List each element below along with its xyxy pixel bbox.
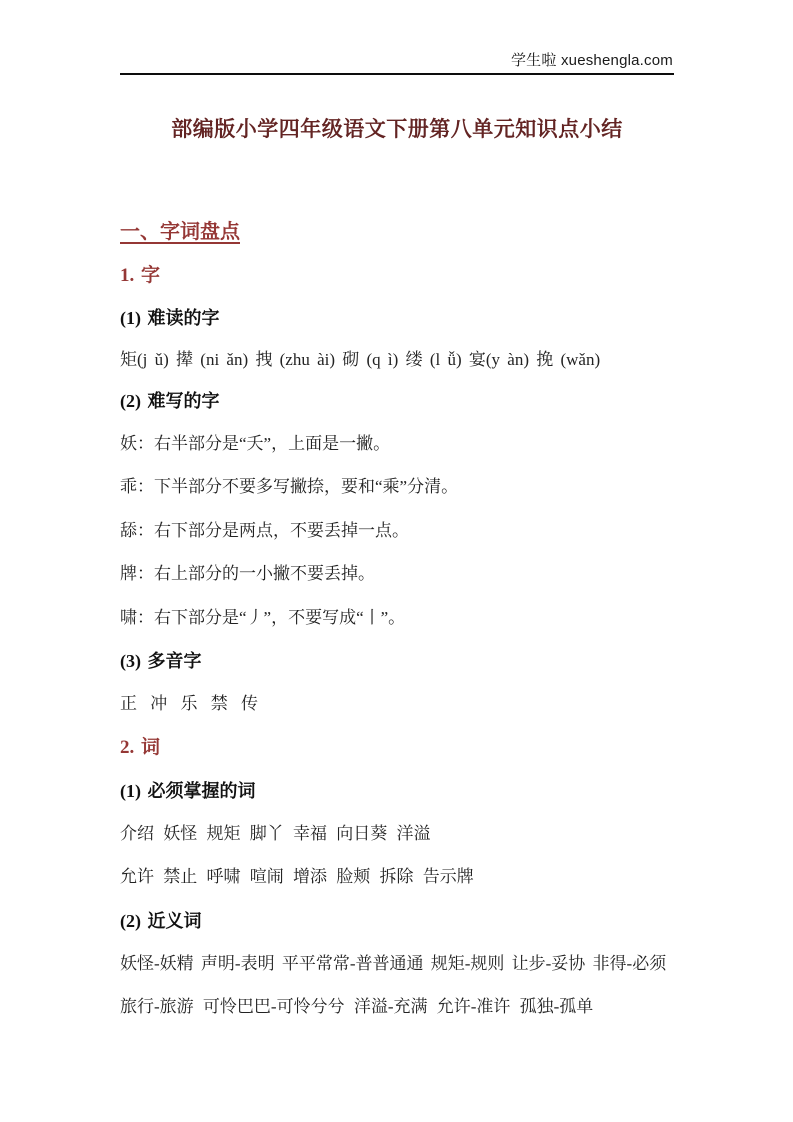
synonym-list-2: 旅行-旅游 可怜巴巴-可怜兮兮 洋溢-充满 允许-准许 孤独-孤单: [120, 996, 678, 1018]
note-guai: 乖：下半部分不要多写撇捺，要和“乘”分清。: [120, 476, 678, 498]
note-tian: 舔：右下部分是两点，不要丢掉一点。: [120, 520, 678, 542]
subheading-polyphones: (3) 多音字: [120, 650, 678, 672]
polyphone-list: 正 冲 乐 禁 传: [120, 693, 678, 715]
header-rule: [120, 73, 674, 75]
subheading-must-master-words: (1) 必须掌握的词: [120, 780, 678, 802]
subheading-hard-to-write: (2) 难写的字: [120, 390, 678, 412]
item-heading-words: 2. 词: [120, 737, 678, 759]
document-title: 部编版小学四年级语文下册第八单元知识点小结: [120, 114, 674, 144]
synonym-list-1: 妖怪-妖精 声明-表明 平平常常-普普通通 规矩-规则 让步-妥协 非得-必须: [120, 953, 678, 975]
note-pai: 牌：右上部分的一小撇不要丢掉。: [120, 563, 678, 585]
site-watermark: 学生啦 xueshengla.com: [511, 51, 673, 71]
subheading-hard-to-read: (1) 难读的字: [120, 307, 678, 329]
pinyin-characters-line: 矩(j ǔ) 撵 (ni ǎn) 拽 (zhu ài) 砌 (q ì) 缕 (l…: [120, 349, 678, 371]
item-heading-characters: 1. 字: [120, 265, 678, 287]
section-heading-word-inventory: 一、字词盘点: [120, 221, 678, 243]
note-xiao: 啸：右下部分是“丿”，不要写成“丨”。: [120, 607, 678, 629]
word-list-2: 允许 禁止 呼啸 喧闹 增添 脸颊 拆除 告示牌: [120, 866, 678, 888]
document-page: 学生啦 xueshengla.com 部编版小学四年级语文下册第八单元知识点小结…: [0, 0, 793, 1122]
subheading-synonyms: (2) 近义词: [120, 910, 678, 932]
word-list-1: 介绍 妖怪 规矩 脚丫 幸福 向日葵 洋溢: [120, 823, 678, 845]
note-yao: 妖：右半部分是“夭”，上面是一撇。: [120, 433, 678, 455]
